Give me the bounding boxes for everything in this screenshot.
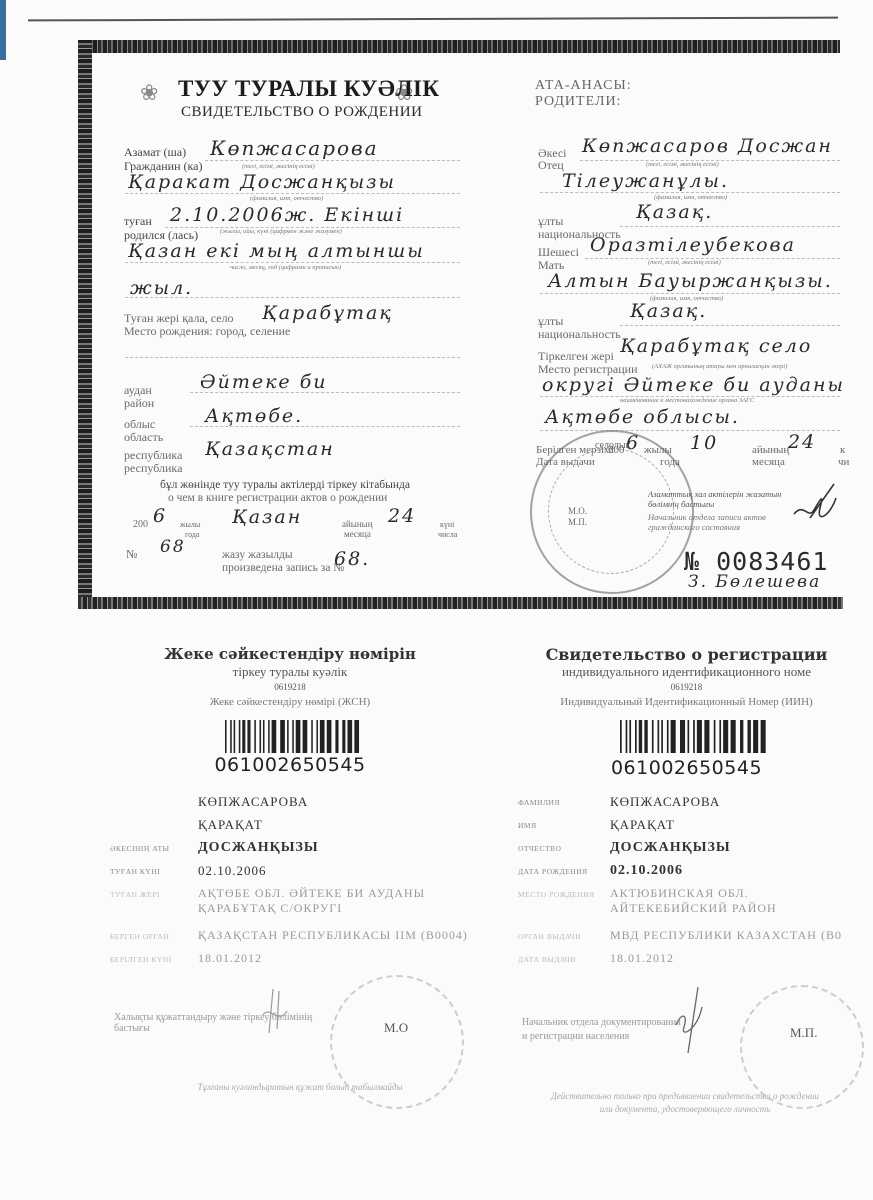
record-year-value: 6 (153, 505, 167, 527)
father-label-ru: Отец (538, 159, 564, 172)
citizen-name-patronymic: Қаракат Досжанқызы (128, 171, 396, 193)
mother-line-2: Алтын Бауыржанқызы. (548, 270, 833, 292)
mother-nationality-value: Қазақ. (630, 300, 707, 322)
field-hint: (тегі, есімі, әкесінің есімі) (648, 259, 721, 266)
issue-month-label-ru: месяца (752, 456, 785, 469)
field-label: дата выдачи (518, 955, 600, 964)
district-value: Әйтеке би (200, 371, 328, 393)
republic-label-ru: республика (124, 462, 182, 475)
head-signature-label-ru: Начальник отдела записи актов гражданско… (648, 512, 798, 532)
dotted-line (125, 262, 460, 263)
certificate-border-left (78, 40, 92, 608)
region-value: Ақтөбе. (205, 405, 303, 427)
father-line-2: Тілеужанұлы. (562, 170, 729, 192)
father-line-1: Көпжасаров Досжан (582, 135, 833, 157)
field-hint: наименование и местонахождение органа ЗА… (620, 397, 754, 404)
field-hint: (фамилия, имя, отчество) (654, 194, 727, 201)
issue-day-label-ru: чи (838, 456, 849, 469)
seal-label-ru: М.П. (568, 516, 587, 529)
field-value: ҚАРАҚАТ (198, 817, 263, 832)
field-label: Берген орган (110, 932, 188, 941)
birth-date-line-1: 2.10.2006ж. Екінші (170, 204, 404, 226)
field-hint: (АХАЖ органының атауы мен орналасқан жер… (652, 363, 787, 370)
field-hint: (фамилия, имя, отчество) (250, 195, 323, 202)
born-label-kz: туған (124, 215, 152, 228)
birthplace-label-ru: Место рождения: город, селение (124, 325, 290, 338)
field-hint: (жылы, айы, күні (цифрмен және жазумен) (220, 228, 342, 235)
field-label: место рождения (518, 890, 600, 899)
record-month-label-ru: месяца (344, 528, 371, 541)
field-label: отчество (518, 844, 600, 853)
record-year-prefix: 200 (133, 518, 148, 531)
field-label: Әкесінің аты (110, 844, 188, 853)
iin-ru-code: 0619218 (500, 682, 873, 692)
ornament-icon: ❀ (140, 80, 158, 106)
iin-ru-title: Свидетельство о регистрации (500, 645, 873, 664)
field-value: 02.10.2006 (610, 863, 683, 878)
dotted-line (620, 226, 840, 227)
record-month-value: Қазан (232, 506, 302, 528)
field-value: АКТЮБИНСКАЯ ОБЛ. АЙТЕКЕБИЙСКИЙ РАЙОН (610, 886, 777, 916)
field-label: дата рождения (518, 867, 600, 876)
certificate-border-bottom (78, 597, 843, 609)
registry-note-kz: бұл жөнінде туу туралы актілерді тіркеу … (160, 479, 410, 492)
parents-title-ru: РОДИТЕЛИ: (535, 94, 621, 110)
dotted-line (540, 192, 840, 193)
field-value: ҚАЗАҚСТАН РЕСПУБЛИКАСЫ ІІМ (В0004) (198, 928, 468, 943)
field-value: КӨПЖАСАРОВА (198, 794, 308, 809)
field-value: ҚАРАҚАТ (610, 817, 675, 832)
field-value: КӨПЖАСАРОВА (610, 794, 720, 809)
record-day-label-ru: числа (438, 528, 457, 541)
iin-kz-number: 061002650545 (110, 754, 470, 776)
citizen-label-kz: Азамат (ша) (124, 146, 186, 159)
iin-ru-caption: Индивидуальный Идентификационный Номер (… (500, 696, 873, 708)
dotted-line (125, 193, 460, 194)
record-day-value: 24 (388, 505, 416, 527)
iin-kz-signature-label: Халықты құжаттандыру және тіркеу бөлімін… (114, 1012, 314, 1034)
field-value: 02.10.2006 (198, 863, 267, 878)
head-signature-label-kz: Азаматтық хал актілерін жазатын бөлімнің… (648, 489, 798, 509)
record-year-label-ru: года (185, 528, 199, 541)
field-hint: число, месяц, год (цифрами и прописью) (230, 264, 341, 271)
iin-kz-code: 0619218 (110, 682, 470, 692)
iin-ru-barcode (620, 720, 770, 753)
certificate-title-ru: СВИДЕТЕЛЬСТВО О РОЖДЕНИИ (181, 104, 422, 121)
citizen-surname: Көпжасарова (210, 136, 379, 160)
signature-scribble-icon (790, 480, 840, 530)
iin-kz-barcode (225, 720, 363, 753)
registration-line-1: Қарабұтақ село (620, 335, 812, 357)
dotted-line (125, 357, 460, 358)
issue-month-value: 10 (690, 432, 718, 454)
registration-line-2: округі Әйтеке би ауданы (542, 374, 845, 396)
registry-note-ru: о чем в книге регистрации актов о рожден… (168, 492, 387, 505)
republic-value: Қазақстан (205, 438, 335, 460)
dotted-line (190, 426, 460, 427)
entry-value: 68. (334, 548, 370, 570)
stamp-text: селолық (595, 440, 630, 451)
record-number-value: 68 (160, 537, 186, 557)
field-value: АҚТӨБЕ ОБЛ. ӘЙТЕКЕ БИ АУДАНЫ ҚАРАБҰТАҚ С… (198, 886, 425, 916)
district-label-ru: район (124, 397, 154, 410)
field-value: ДОСЖАНҚЫЗЫ (198, 840, 319, 855)
field-label: орган выдачи (518, 932, 600, 941)
dotted-line (540, 293, 840, 294)
iin-ru-signature-label: Начальник отдела документирования и реги… (522, 1016, 742, 1044)
entry-label-kz: жазу жазылды (222, 549, 293, 562)
iin-kz-subtitle: тіркеу туралы куәлік (110, 664, 470, 680)
scan-edge (0, 0, 6, 60)
field-hint: (тегі, есімі, әкесінің есімі) (242, 163, 315, 170)
iin-ru-number: 061002650545 (500, 757, 873, 779)
scan-top-line (28, 17, 838, 22)
field-label: Туған күні (110, 867, 188, 876)
region-label-ru: область (124, 431, 163, 444)
issue-day-value: 24 (788, 431, 816, 453)
field-label: Туған жері (110, 890, 188, 899)
field-label: фамилия (518, 798, 600, 807)
iin-ru-seal-label: М.П. (790, 1025, 817, 1041)
dotted-line (620, 325, 840, 326)
field-label: имя (518, 821, 600, 830)
parents-title-kz: АТА-АНАСЫ: (535, 78, 632, 94)
field-value: ДОСЖАНҚЫЗЫ (610, 840, 731, 855)
birthplace-value: Қарабұтақ (262, 302, 393, 324)
dotted-line (190, 392, 460, 393)
official-stamp-inner (548, 448, 674, 574)
iin-ru-footer: Действительно только при предъявлении св… (505, 1090, 865, 1116)
father-nationality-value: Қазақ. (636, 201, 713, 223)
iin-kz-seal-label: М.О (384, 1020, 408, 1036)
field-value: 18.01.2012 (610, 951, 674, 966)
field-value: 18.01.2012 (198, 951, 262, 966)
field-hint: (тегі, есімі, әкесінің есімі) (646, 161, 719, 168)
field-value: МВД РЕСПУБЛИКИ КАЗАХСТАН (В0 (610, 928, 842, 943)
registration-line-3: Ақтөбе облысы. (545, 406, 740, 428)
iin-kz-footer: Тұлғаны куәландыратын құжат болып табылм… (120, 1082, 480, 1092)
dotted-line (125, 297, 460, 298)
birth-date-line-2: Қазан екі мың алтыншы (128, 240, 425, 262)
birth-date-line-3: жыл. (130, 277, 193, 299)
dotted-line (205, 160, 460, 161)
iin-kz-title: Жеке сәйкестендіру нөмірін (110, 645, 470, 663)
registrar-signature: З. Бөлешева (688, 572, 821, 592)
field-label: Берілген күні (110, 955, 188, 964)
certificate-title-kz: ТУУ ТУРАЛЫ КУӘЛІК (178, 76, 440, 102)
entry-label-ru: произведена запись за № (222, 562, 344, 575)
record-number-label: № (126, 548, 137, 561)
iin-kz-caption: Жеке сәйкестендіру нөмірі (ЖСН) (110, 696, 470, 708)
mother-line-1: Оразтілеубекова (590, 234, 796, 256)
iin-ru-subtitle: индивидуального идентификационного номе (500, 664, 873, 680)
certificate-border-top (78, 40, 840, 53)
mother-nationality-label-ru: национальность (538, 328, 621, 341)
